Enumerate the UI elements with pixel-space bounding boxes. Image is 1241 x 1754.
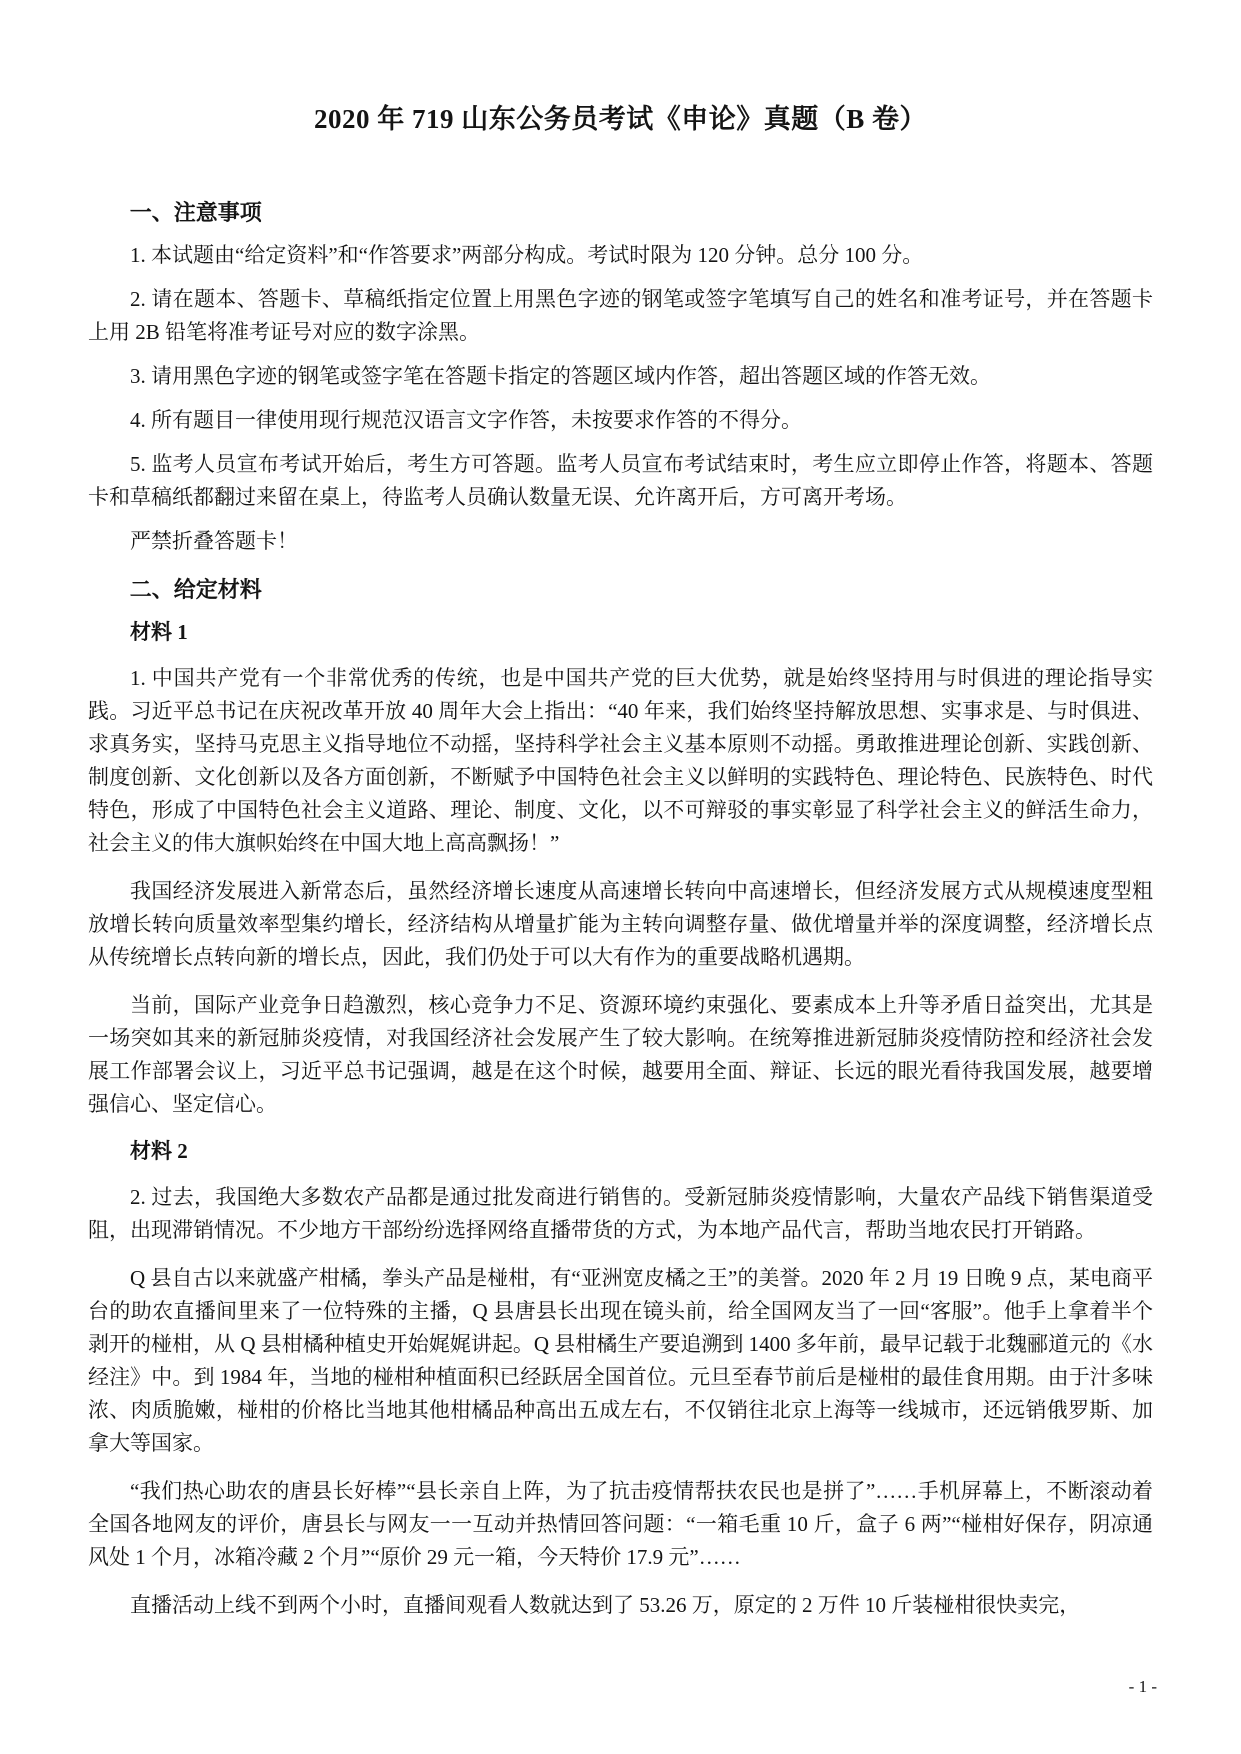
material-2-paragraph-1: 2. 过去，我国绝大多数农产品都是通过批发商进行销售的。受新冠肺炎疫情影响，大量… — [88, 1181, 1153, 1247]
notices-heading: 一、注意事项 — [88, 198, 1153, 228]
notice-item-1: 1. 本试题由“给定资料”和“作答要求”两部分构成。考试时限为 120 分钟。总… — [88, 239, 1153, 272]
page-number: - 1 - — [1129, 1676, 1157, 1698]
notice-item-5: 5. 监考人员宣布考试开始后，考生方可答题。监考人员宣布考试结束时，考生应立即停… — [88, 448, 1153, 514]
material-2-paragraph-3: “我们热心助农的唐县长好棒”“县长亲自上阵，为了抗击疫情帮扶农民也是拼了”……手… — [88, 1475, 1153, 1574]
materials-heading: 二、给定材料 — [88, 575, 1153, 605]
notice-item-4: 4. 所有题目一律使用现行规范汉语言文字作答，未按要求作答的不得分。 — [88, 404, 1153, 437]
material-2-label: 材料 2 — [88, 1136, 1153, 1166]
document-page: 2020 年 719 山东公务员考试《申论》真题（B 卷） 一、注意事项 1. … — [0, 0, 1241, 1754]
material-2-paragraph-4: 直播活动上线不到两个小时，直播间观看人数就达到了 53.26 万，原定的 2 万… — [88, 1589, 1153, 1622]
material-1-paragraph-1: 1. 中国共产党有一个非常优秀的传统，也是中国共产党的巨大优势，就是始终坚持用与… — [88, 662, 1153, 860]
document-title: 2020 年 719 山东公务员考试《申论》真题（B 卷） — [88, 0, 1153, 137]
notice-item-3: 3. 请用黑色字迹的钢笔或签字笔在答题卡指定的答题区域内作答，超出答题区域的作答… — [88, 360, 1153, 393]
notice-item-2: 2. 请在题本、答题卡、草稿纸指定位置上用黑色字迹的钢笔或签字笔填写自己的姓名和… — [88, 283, 1153, 349]
material-1-paragraph-2: 我国经济发展进入新常态后，虽然经济增长速度从高速增长转向中高速增长，但经济发展方… — [88, 875, 1153, 974]
material-2-paragraph-2: Q 县自古以来就盛产柑橘，拳头产品是椪柑，有“亚洲宽皮橘之王”的美誉。2020 … — [88, 1262, 1153, 1460]
notices-warning: 严禁折叠答题卡！ — [88, 525, 1153, 558]
material-1-label: 材料 1 — [88, 617, 1153, 647]
material-1-paragraph-3: 当前，国际产业竞争日趋激烈，核心竞争力不足、资源环境约束强化、要素成本上升等矛盾… — [88, 989, 1153, 1121]
